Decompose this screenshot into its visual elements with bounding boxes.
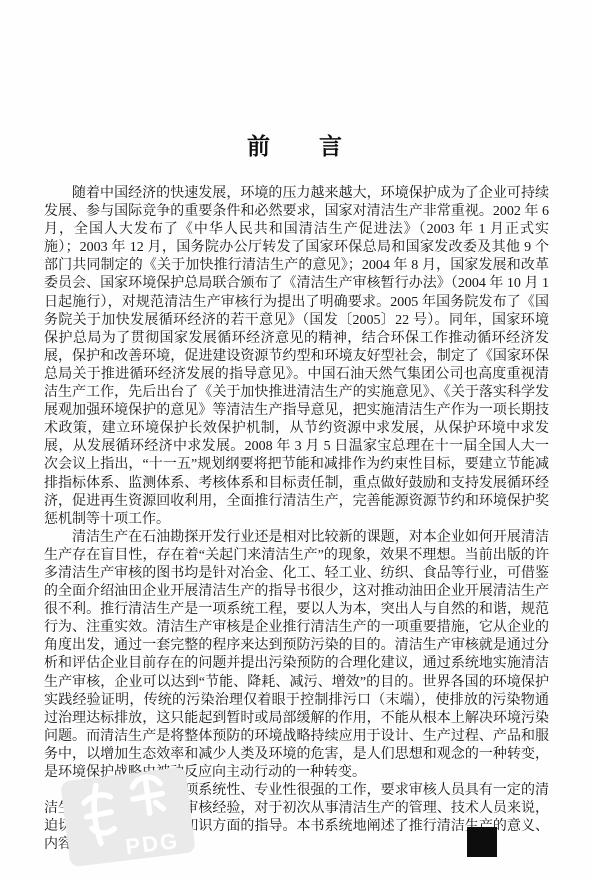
document-body: 随着中国经济的快速发展，环境的压力越来越大，环境保护成为了企业可持续发展、参与国… [44, 185, 549, 854]
page-title: 前 言 [0, 0, 590, 163]
paragraph-2: 清洁生产在石油勘探开发行业还是相对比较新的课题，对本企业如何开展清洁生产存在盲目… [44, 529, 549, 782]
document-page: 前 言 随着中国经济的快速发展，环境的压力越来越大，环境保护成为了企业可持续发展… [0, 0, 590, 880]
scan-artifact-black-square [467, 827, 497, 857]
paragraph-1: 随着中国经济的快速发展，环境的压力越来越大，环境保护成为了企业可持续发展、参与国… [44, 185, 549, 529]
